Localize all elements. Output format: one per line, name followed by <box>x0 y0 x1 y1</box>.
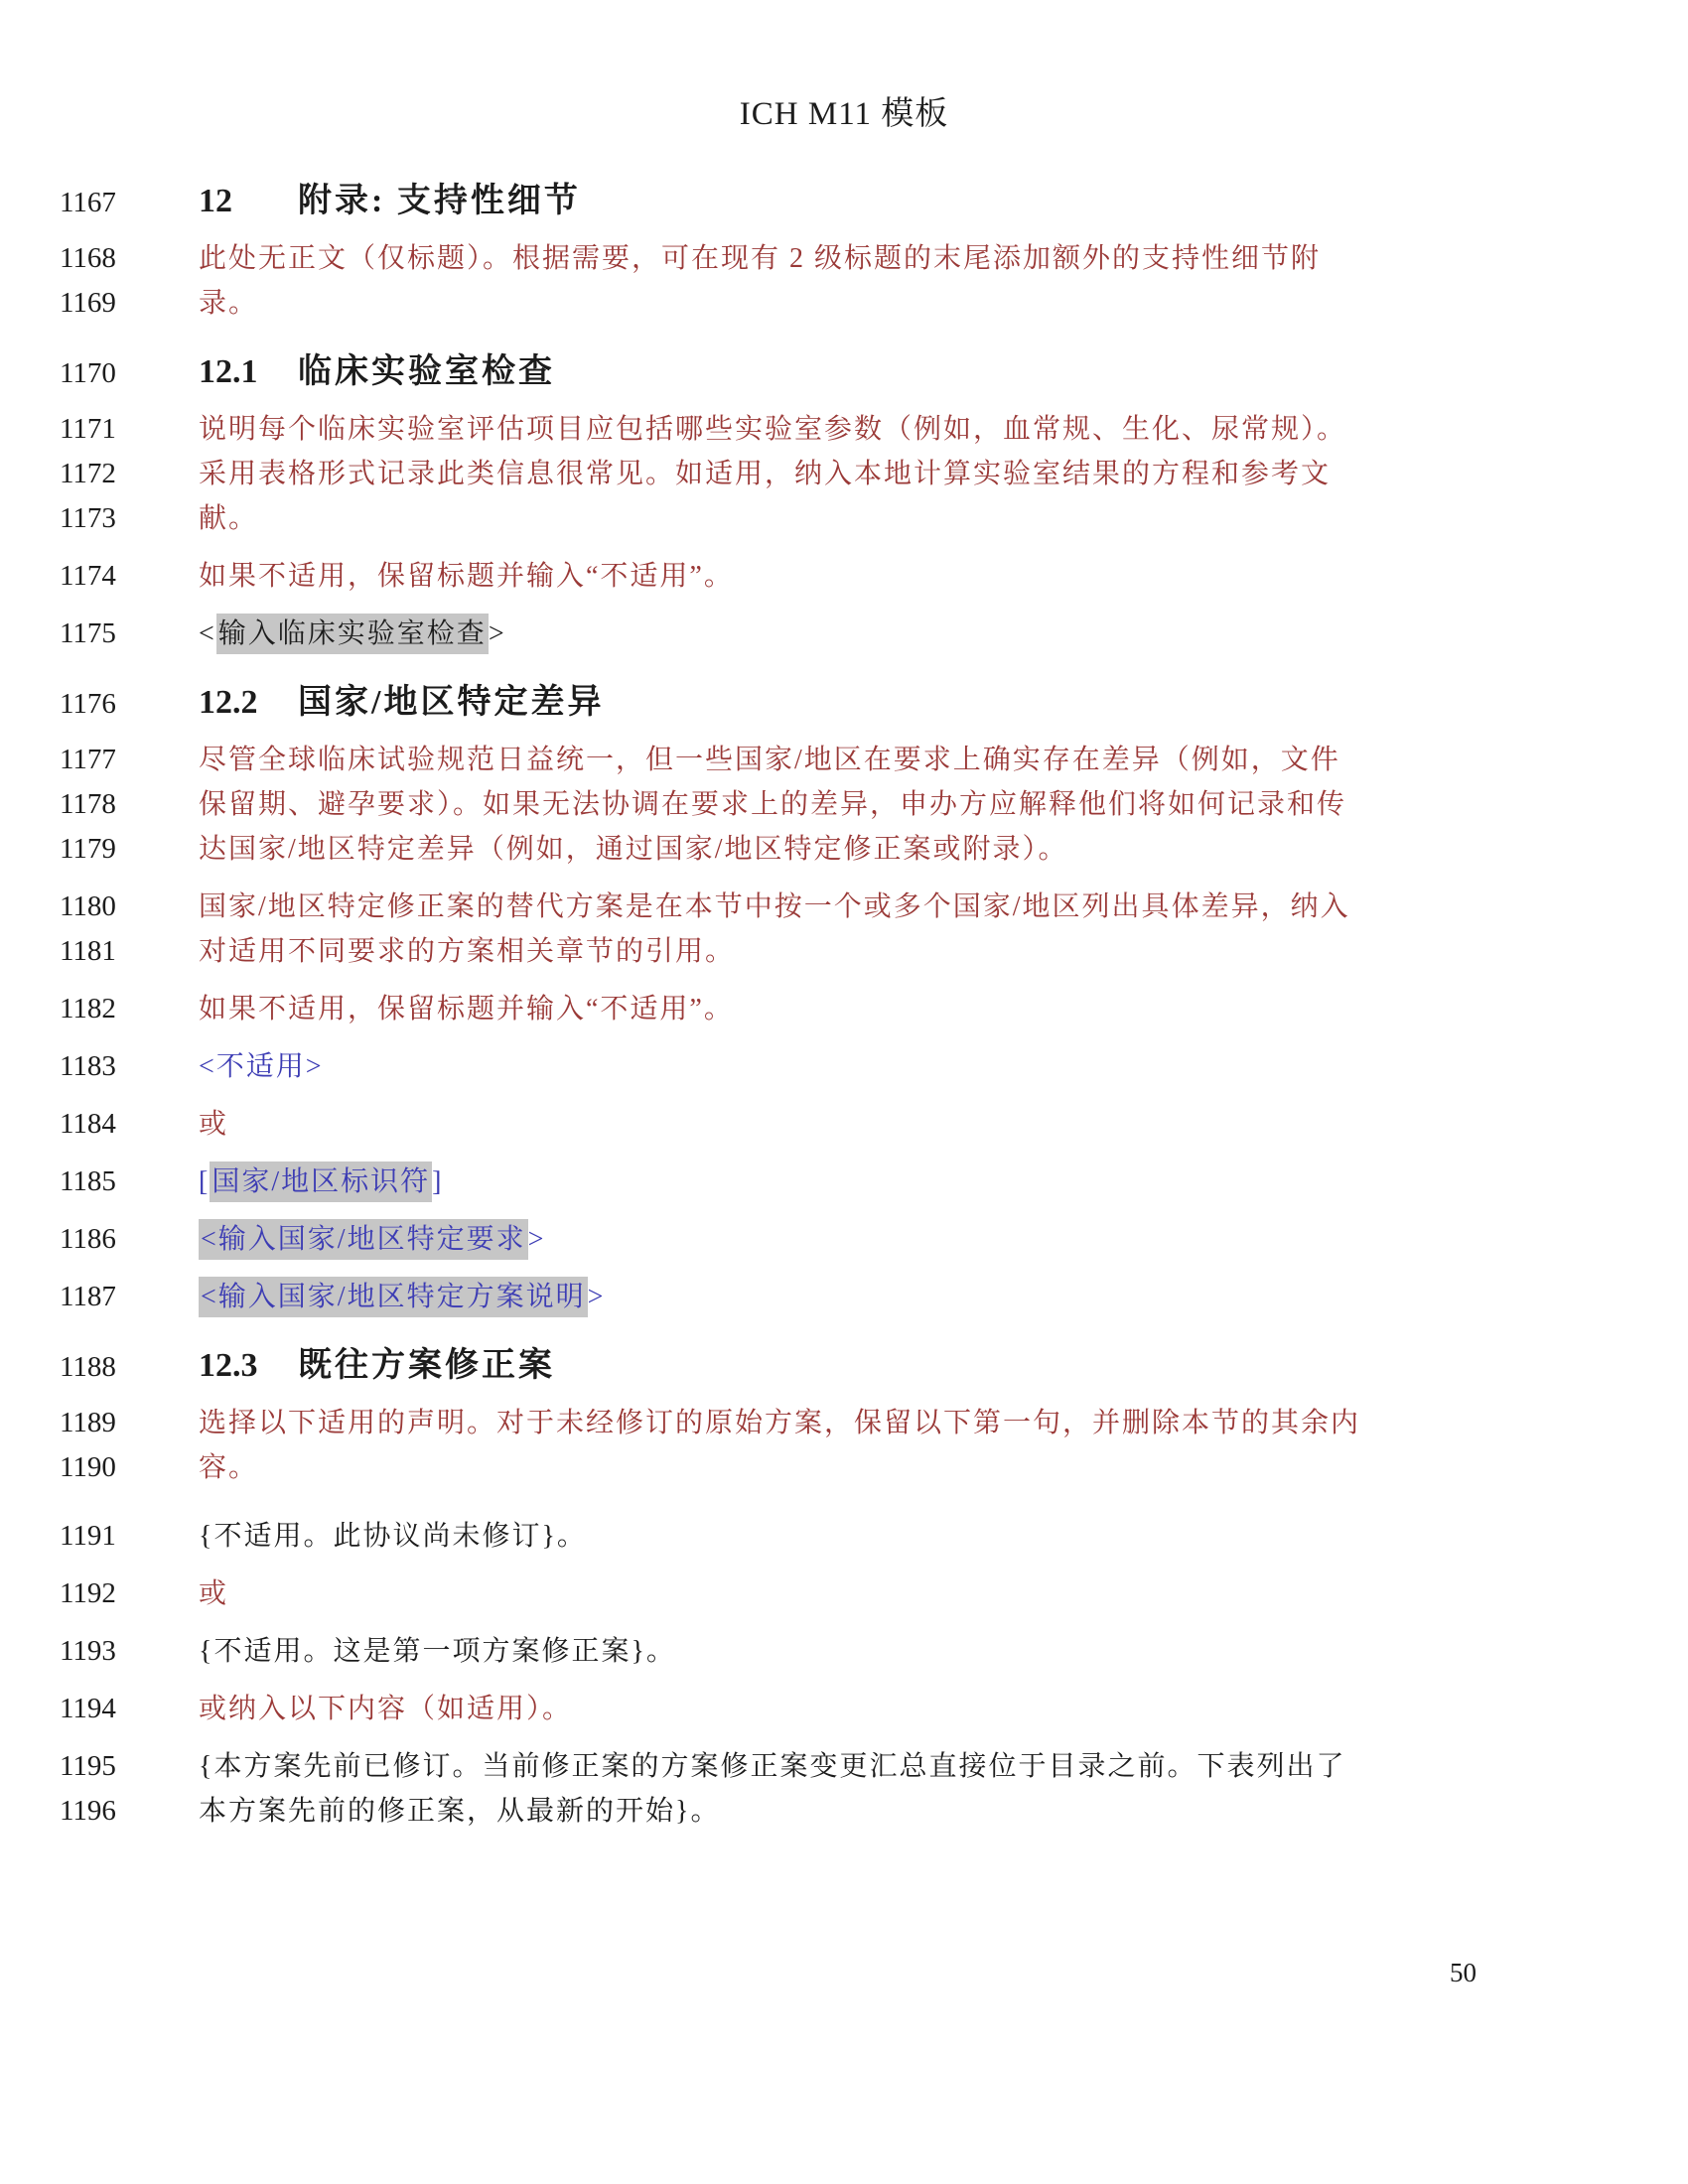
text-segment: {不适用。这是第一项方案修正案}。 <box>199 1636 676 1667</box>
line-number: 1195 <box>60 1744 147 1789</box>
line-text: 说明每个临床实验室评估项目应包括哪些实验室参数（例如，血常规、生化、尿常规）。 <box>199 407 1346 452</box>
document-line: 1169录。 <box>0 281 1688 326</box>
section-number: 12.2 <box>199 680 298 725</box>
text-segment: [ <box>199 1166 210 1197</box>
text-segment: > <box>588 1282 606 1312</box>
text-segment: 达国家/地区特定差异（例如，通过国家/地区特定修正案或附录）。 <box>199 834 1068 865</box>
line-number: 1174 <box>60 554 147 599</box>
line-text: 或纳入以下内容（如适用）。 <box>199 1687 572 1731</box>
line-text: <不适用> <box>199 1044 324 1089</box>
line-number: 1171 <box>60 407 147 452</box>
text-segment: 尽管全球临床试验规范日益统一，但一些国家/地区在要求上确实存在差异（例如，文件 <box>199 745 1340 775</box>
line-text: 容。 <box>199 1445 258 1490</box>
text-segment: 录。 <box>199 288 258 319</box>
section-number: 12.3 <box>199 1343 298 1388</box>
placeholder-highlighted-text: 国家/地区标识符 <box>210 1161 432 1202</box>
document-line: 117612.2国家/地区特定差异 <box>0 680 1688 725</box>
text-segment: < <box>199 618 216 649</box>
line-number: 1167 <box>60 181 147 225</box>
text-segment: 保留期、避孕要求）。如果无法协调在要求上的差异，申办方应解释他们将如何记录和传 <box>199 789 1346 820</box>
line-text: 或 <box>199 1102 228 1147</box>
text-segment: 此处无正文（仅标题）。根据需要，可在现有 2 级标题的末尾添加额外的支持性细节附 <box>199 243 1321 274</box>
line-number: 1178 <box>60 782 147 827</box>
line-number: 1175 <box>60 612 147 656</box>
document-line: 1174如果不适用，保留标题并输入“不适用”。 <box>0 554 1688 599</box>
document-line: 1196本方案先前的修正案，从最新的开始}。 <box>0 1789 1688 1834</box>
document-page: ICH M11 模板 116712附录: 支持性细节1168此处无正文（仅标题）… <box>0 0 1688 2184</box>
line-number: 1168 <box>60 236 147 281</box>
line-number: 1179 <box>60 827 147 872</box>
document-line: 118812.3既往方案修正案 <box>0 1343 1688 1388</box>
text-segment: 说明每个临床实验室评估项目应包括哪些实验室参数（例如，血常规、生化、尿常规）。 <box>199 414 1346 445</box>
line-text: <输入国家/地区特定要求> <box>199 1217 545 1262</box>
line-text: 达国家/地区特定差异（例如，通过国家/地区特定修正案或附录）。 <box>199 827 1068 872</box>
document-line: 1180国家/地区特定修正案的替代方案是在本节中按一个或多个国家/地区列出具体差… <box>0 885 1688 929</box>
page-number: 50 <box>1450 1958 1477 1988</box>
document-line: 1178保留期、避孕要求）。如果无法协调在要求上的差异，申办方应解释他们将如何记… <box>0 782 1688 827</box>
line-number: 1180 <box>60 885 147 929</box>
text-segment: > <box>528 1224 546 1255</box>
line-number: 1170 <box>60 351 147 396</box>
section-title: 临床实验室检查 <box>298 353 555 390</box>
document-line: 1182如果不适用，保留标题并输入“不适用”。 <box>0 987 1688 1031</box>
document-line: 1184或 <box>0 1102 1688 1147</box>
line-text: {本方案先前已修订。当前修正案的方案修正案变更汇总直接位于目录之前。下表列出了 <box>199 1744 1345 1789</box>
section-title: 既往方案修正案 <box>298 1347 555 1384</box>
document-line: 1186<输入国家/地区特定要求> <box>0 1217 1688 1262</box>
text-segment: 国家/地区特定修正案的替代方案是在本节中按一个或多个国家/地区列出具体差异，纳入 <box>199 891 1350 922</box>
document-line: 1185[国家/地区标识符] <box>0 1160 1688 1204</box>
line-text: 尽管全球临床试验规范日益统一，但一些国家/地区在要求上确实存在差异（例如，文件 <box>199 738 1340 782</box>
line-text: 选择以下适用的声明。对于未经修订的原始方案，保留以下第一句，并删除本节的其余内 <box>199 1401 1360 1445</box>
line-number: 1193 <box>60 1629 147 1674</box>
document-body: 116712附录: 支持性细节1168此处无正文（仅标题）。根据需要，可在现有 … <box>0 179 1688 1834</box>
text-segment: 献。 <box>199 503 258 534</box>
line-number: 1183 <box>60 1044 147 1089</box>
line-number: 1189 <box>60 1401 147 1445</box>
text-segment: 对适用不同要求的方案相关章节的引用。 <box>199 936 735 967</box>
line-number: 1181 <box>60 929 147 974</box>
line-number: 1176 <box>60 682 147 727</box>
document-line: 1189选择以下适用的声明。对于未经修订的原始方案，保留以下第一句，并删除本节的… <box>0 1401 1688 1445</box>
section-heading: 12.2国家/地区特定差异 <box>199 680 604 725</box>
line-number: 1190 <box>60 1445 147 1490</box>
text-segment: 选择以下适用的声明。对于未经修订的原始方案，保留以下第一句，并删除本节的其余内 <box>199 1408 1360 1438</box>
document-line: 1168此处无正文（仅标题）。根据需要，可在现有 2 级标题的末尾添加额外的支持… <box>0 236 1688 281</box>
placeholder-highlighted-text: <输入国家/地区特定要求 <box>199 1219 528 1260</box>
text-segment: 如果不适用，保留标题并输入“不适用”。 <box>199 561 734 592</box>
line-number: 1177 <box>60 738 147 782</box>
line-text: 如果不适用，保留标题并输入“不适用”。 <box>199 554 734 599</box>
document-line: 117012.1临床实验室检查 <box>0 349 1688 394</box>
line-text: 如果不适用，保留标题并输入“不适用”。 <box>199 987 734 1031</box>
placeholder-highlighted-text: <输入国家/地区特定方案说明 <box>199 1277 588 1317</box>
line-number: 1182 <box>60 987 147 1031</box>
document-line: 1173献。 <box>0 496 1688 541</box>
line-text: <输入临床实验室检查> <box>199 612 506 656</box>
text-segment: 采用表格形式记录此类信息很常见。如适用，纳入本地计算实验室结果的方程和参考文 <box>199 459 1331 489</box>
document-header-title: ICH M11 模板 <box>0 0 1688 137</box>
line-text: 录。 <box>199 281 258 326</box>
document-line: 1175<输入临床实验室检查> <box>0 612 1688 656</box>
line-number: 1184 <box>60 1102 147 1147</box>
line-text: 国家/地区特定修正案的替代方案是在本节中按一个或多个国家/地区列出具体差异，纳入 <box>199 885 1350 929</box>
line-number: 1172 <box>60 452 147 496</box>
text-segment: 本方案先前的修正案，从最新的开始}。 <box>199 1796 720 1827</box>
section-title: 附录: 支持性细节 <box>298 183 581 219</box>
line-number: 1169 <box>60 281 147 326</box>
document-line: 1181对适用不同要求的方案相关章节的引用。 <box>0 929 1688 974</box>
line-number: 1192 <box>60 1571 147 1616</box>
line-number: 1191 <box>60 1514 147 1559</box>
document-line: 1191{不适用。此协议尚未修订}。 <box>0 1514 1688 1559</box>
line-text: 本方案先前的修正案，从最新的开始}。 <box>199 1789 720 1834</box>
text-segment: {不适用。此协议尚未修订}。 <box>199 1521 587 1552</box>
text-segment: 如果不适用，保留标题并输入“不适用”。 <box>199 994 734 1024</box>
text-segment: 或 <box>199 1578 228 1609</box>
line-number: 1185 <box>60 1160 147 1204</box>
line-number: 1173 <box>60 496 147 541</box>
section-number: 12 <box>199 179 298 223</box>
document-line: 1195{本方案先前已修订。当前修正案的方案修正案变更汇总直接位于目录之前。下表… <box>0 1744 1688 1789</box>
text-segment: > <box>489 618 506 649</box>
text-segment: ] <box>432 1166 443 1197</box>
section-heading: 12.1临床实验室检查 <box>199 349 555 394</box>
document-line: 116712附录: 支持性细节 <box>0 179 1688 223</box>
line-text: 保留期、避孕要求）。如果无法协调在要求上的差异，申办方应解释他们将如何记录和传 <box>199 782 1346 827</box>
document-line: 1172采用表格形式记录此类信息很常见。如适用，纳入本地计算实验室结果的方程和参… <box>0 452 1688 496</box>
section-title: 国家/地区特定差异 <box>298 684 604 721</box>
text-segment: 容。 <box>199 1452 258 1483</box>
text-segment: 或纳入以下内容（如适用）。 <box>199 1694 572 1724</box>
placeholder-highlighted-text: 输入临床实验室检查 <box>216 614 489 654</box>
line-text: 或 <box>199 1571 228 1616</box>
line-number: 1186 <box>60 1217 147 1262</box>
line-text: 对适用不同要求的方案相关章节的引用。 <box>199 929 735 974</box>
text-segment: <不适用> <box>199 1051 324 1082</box>
text-segment: 或 <box>199 1109 228 1140</box>
line-text: 此处无正文（仅标题）。根据需要，可在现有 2 级标题的末尾添加额外的支持性细节附 <box>199 236 1321 281</box>
document-line: 1187<输入国家/地区特定方案说明> <box>0 1275 1688 1319</box>
document-line: 1171说明每个临床实验室评估项目应包括哪些实验室参数（例如，血常规、生化、尿常… <box>0 407 1688 452</box>
line-text: <输入国家/地区特定方案说明> <box>199 1275 605 1319</box>
document-line: 1177尽管全球临床试验规范日益统一，但一些国家/地区在要求上确实存在差异（例如… <box>0 738 1688 782</box>
document-line: 1194或纳入以下内容（如适用）。 <box>0 1687 1688 1731</box>
section-number: 12.1 <box>199 349 298 394</box>
line-number: 1194 <box>60 1687 147 1731</box>
line-text: {不适用。这是第一项方案修正案}。 <box>199 1629 676 1674</box>
document-line: 1193{不适用。这是第一项方案修正案}。 <box>0 1629 1688 1674</box>
line-number: 1196 <box>60 1789 147 1834</box>
document-line: 1192或 <box>0 1571 1688 1616</box>
line-text: 献。 <box>199 496 258 541</box>
document-line: 1179达国家/地区特定差异（例如，通过国家/地区特定修正案或附录）。 <box>0 827 1688 872</box>
section-heading: 12.3既往方案修正案 <box>199 1343 555 1388</box>
text-segment: {本方案先前已修订。当前修正案的方案修正案变更汇总直接位于目录之前。下表列出了 <box>199 1751 1345 1782</box>
line-text: {不适用。此协议尚未修订}。 <box>199 1514 587 1559</box>
document-line: 1183<不适用> <box>0 1044 1688 1089</box>
line-text: 采用表格形式记录此类信息很常见。如适用，纳入本地计算实验室结果的方程和参考文 <box>199 452 1331 496</box>
line-text: [国家/地区标识符] <box>199 1160 443 1204</box>
line-number: 1187 <box>60 1275 147 1319</box>
document-line: 1190容。 <box>0 1445 1688 1490</box>
line-number: 1188 <box>60 1345 147 1390</box>
section-heading: 12附录: 支持性细节 <box>199 179 581 223</box>
